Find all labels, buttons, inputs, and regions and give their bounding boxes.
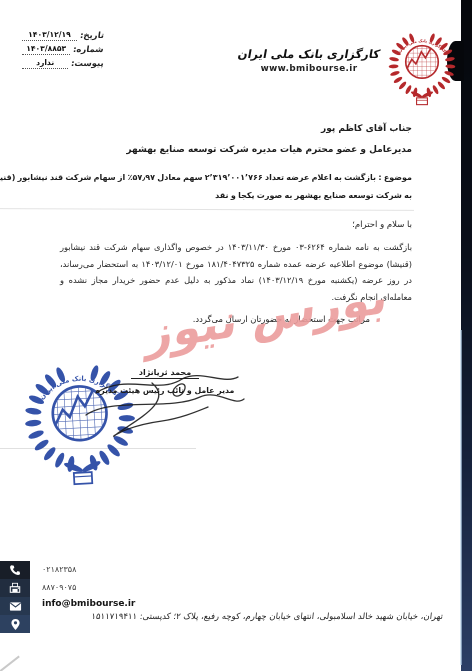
meta-row-date: تاریخ: ۱۴۰۳/۱۲/۱۹ — [22, 30, 104, 41]
salutation: با سلام و احترام؛ — [60, 220, 412, 230]
meta-row-attachment: پیوست: ندارد — [22, 58, 104, 69]
meta-row-number: شماره: ۱۴۰۳/۸۸۵۳ — [22, 44, 104, 55]
fax-number: ۸۸۷۰۹۰۷۵ — [42, 583, 76, 592]
phone-number: ۰۲۱۸۲۳۵۸ — [42, 565, 76, 574]
scanned-letter-page: تاریخ: ۱۴۰۳/۱۲/۱۹ شماره: ۱۴۰۳/۸۸۵۳ پیوست… — [0, 0, 472, 671]
number-value: ۱۴۰۳/۸۸۵۳ — [22, 44, 70, 55]
date-value: ۱۴۰۳/۱۲/۱۹ — [22, 30, 77, 41]
attachment-value: ندارد — [22, 58, 68, 69]
location-pin-icon — [10, 618, 21, 631]
bmi-brokerage-logo-icon: کارگزاری بانک ملی ایران — [388, 26, 456, 106]
postal-address: تهران، خیابان شهید خالد اسلامبولی، انتها… — [107, 612, 443, 622]
subject-line-1: موضوع : بازگشت به اعلام عرضه تعداد ۲٬۳۱۹… — [60, 169, 412, 187]
fax-icon — [9, 582, 21, 594]
recipient-title: مدیرعامل و عضو محترم هیات مدیره شرکت توس… — [60, 145, 412, 155]
footer-address-cell — [0, 615, 30, 633]
subject-line-2: به شرکت توسعه صنایع بهشهر به صورت یکجا و… — [60, 187, 412, 205]
letterhead-brand: کارگزاری بانک ملی ایران www.bmibourse.ir — [238, 47, 380, 74]
letter-meta-block: تاریخ: ۱۴۰۳/۱۲/۱۹ شماره: ۱۴۰۳/۸۸۵۳ پیوست… — [22, 30, 104, 72]
scan-edge-band — [461, 0, 472, 671]
signatory-title: مدیر عامل و نائب رئیس هیئت مدیره — [84, 386, 246, 395]
footer-phone-cell — [0, 561, 30, 579]
email-address: info@bmibourse.ir — [42, 599, 135, 609]
signature-block: محمد ثریانژاد مدیر عامل و نائب رئیس هیئت… — [84, 360, 246, 395]
phone-icon — [9, 564, 21, 576]
recipient-name: جناب آقای کاظم پور — [60, 124, 412, 134]
scan-corner-mark — [0, 655, 19, 671]
scan-edge-highlight — [460, 330, 461, 665]
footer-email-cell — [0, 597, 30, 615]
date-label: تاریخ: — [79, 31, 104, 41]
footer-fax-cell — [0, 579, 30, 597]
mail-icon — [9, 601, 22, 612]
number-label: شماره: — [73, 45, 105, 55]
brand-name: کارگزاری بانک ملی ایران — [237, 47, 381, 61]
signatory-name: محمد ثریانژاد — [131, 368, 199, 379]
brand-website: www.bmibourse.ir — [261, 64, 358, 74]
attachment-label: پیوست: — [71, 59, 105, 69]
